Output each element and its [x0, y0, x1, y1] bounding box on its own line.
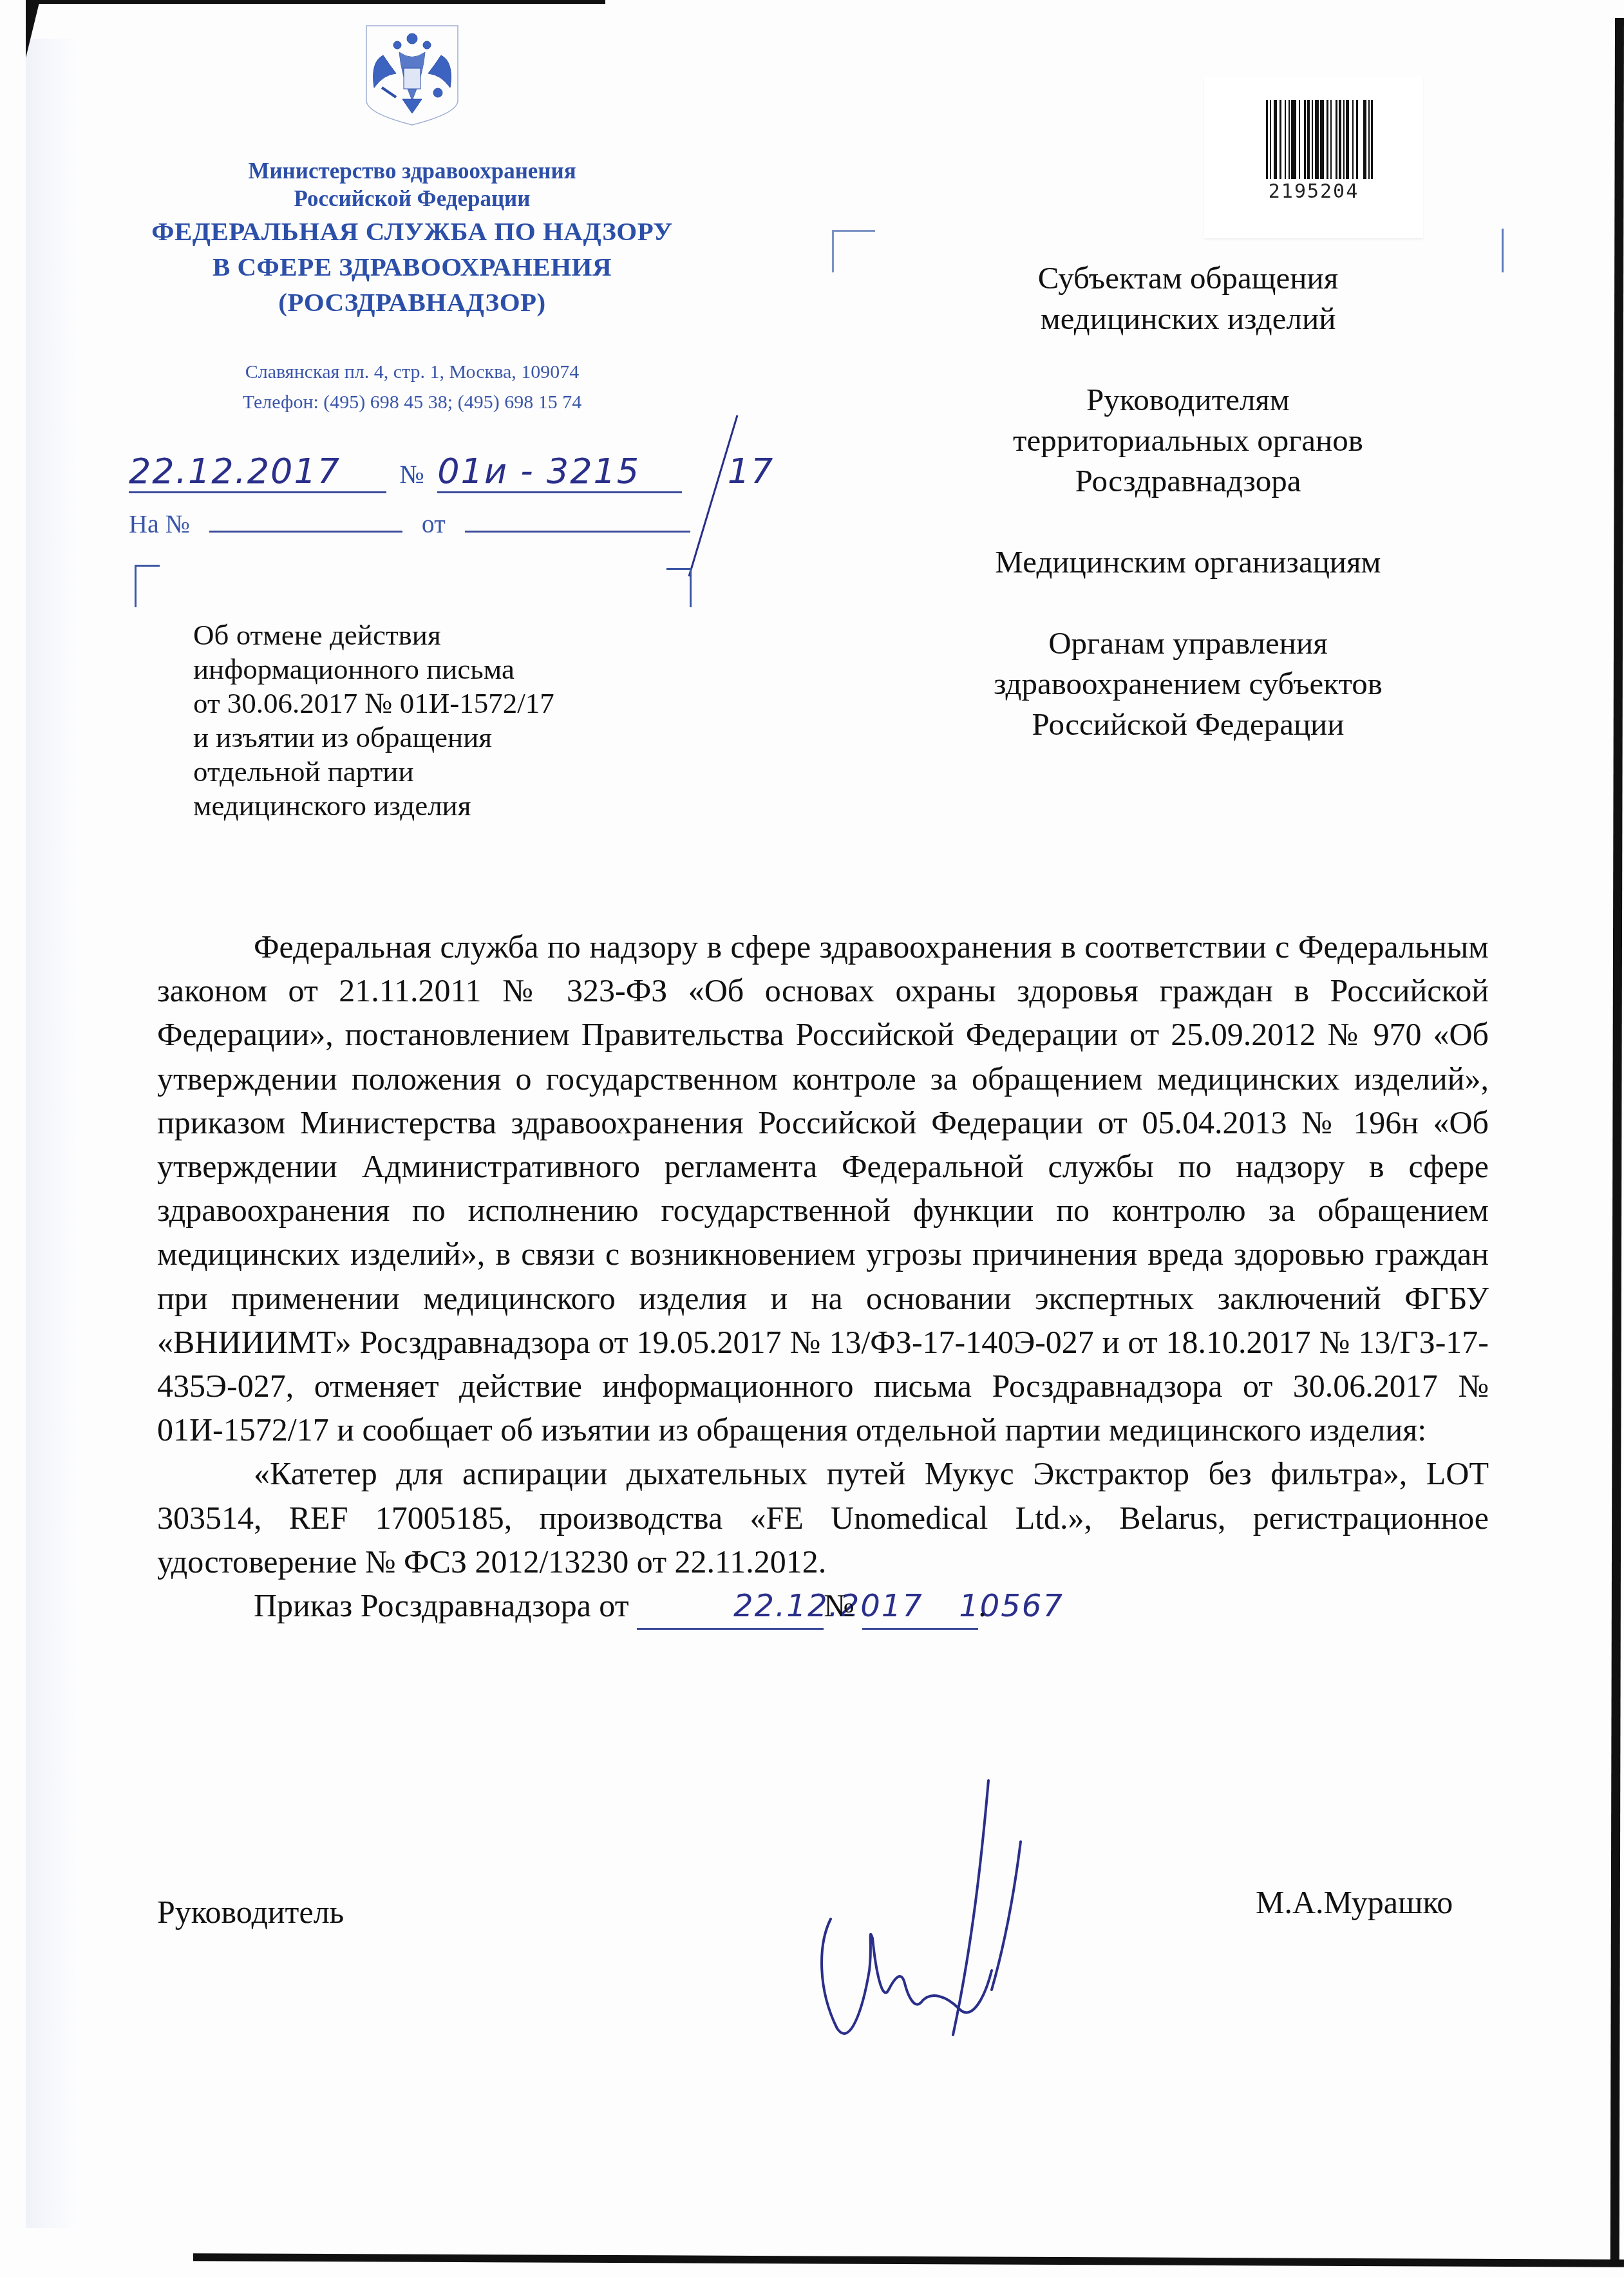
addressee-territorial-heads: Руководителям территориальных органов Ро…: [927, 379, 1449, 501]
body-paragraph-main: Федеральная служба по надзору в сфере зд…: [157, 925, 1489, 1451]
scan-edge-left: [26, 0, 40, 58]
number-sign: №: [400, 460, 424, 489]
scan-edge-bottom: [193, 2253, 1624, 2267]
subject-line: Об отмене действия: [193, 618, 657, 652]
subject-line: и изъятии из обращения: [193, 721, 657, 755]
addressee-line: Российской Федерации: [927, 704, 1449, 744]
service-name-line3: (РОСЗДРАВНАДЗОР): [103, 285, 721, 320]
addressee-line: Органам управления: [927, 623, 1449, 663]
barcode-bars: [1266, 100, 1373, 179]
addressee-health-authorities: Органам управления здравоохранением субъ…: [927, 623, 1449, 744]
addressee-medical-device-subjects: Субъектам обращения медицинских изделий: [927, 258, 1449, 339]
barcode: 2195204: [1204, 77, 1423, 238]
order-reference: Приказ Росздравнадзора от 22.12.2017№ 10…: [157, 1583, 1489, 1630]
addressee-line: территориальных органов: [927, 420, 1449, 460]
handwritten-signature-icon: [792, 1777, 1127, 2048]
russian-coat-of-arms-icon: [364, 23, 460, 126]
registration-date: 22.12.2017: [129, 451, 386, 493]
subject-line: медицинского изделия: [193, 789, 657, 823]
scan-edge-right: [1610, 18, 1624, 2265]
reply-number-field: [209, 524, 402, 533]
reply-date-field: [465, 524, 690, 533]
ministry-name-line1: Министерство здравоохранения: [155, 158, 670, 185]
addressee-medical-organizations: Медицинским организациям: [927, 542, 1449, 582]
registration-number: 01и - 3215: [437, 451, 682, 493]
reply-from-label: от: [422, 509, 446, 538]
signatory-name: М.А.Мурашко: [1256, 1884, 1453, 1921]
order-date: 22.12.2017: [637, 1584, 824, 1630]
order-number-sign: №: [824, 1587, 854, 1623]
addressee-bracket-right: [1500, 229, 1504, 272]
signatory-title: Руководитель: [157, 1893, 344, 1931]
ministry-name-line2: Российской Федерации: [155, 185, 670, 213]
addressee-line: медицинских изделий: [927, 298, 1449, 339]
scan-edge-top: [26, 0, 605, 4]
addressee-block: Субъектам обращения медицинских изделий …: [927, 258, 1449, 785]
subject-bracket-right: [666, 568, 692, 607]
addressee-line: Медицинским организациям: [927, 542, 1449, 582]
scan-shadow: [26, 39, 77, 2228]
subject-line: отдельной партии: [193, 755, 657, 789]
body-paragraph-device: «Катетер для аспирации дыхательных путей…: [157, 1451, 1489, 1583]
service-name-line1: ФЕДЕРАЛЬНАЯ СЛУЖБА ПО НАДЗОРУ: [103, 214, 721, 249]
addressee-line: Субъектам обращения: [927, 258, 1449, 298]
subject-bracket-left: [135, 565, 160, 607]
addressee-line: здравоохранением субъектов: [927, 663, 1449, 704]
subject-line: от 30.06.2017 № 01И-1572/17: [193, 686, 657, 721]
letter-subject: Об отмене действия информационного письм…: [193, 618, 657, 823]
addressee-line: Росздравнадзора: [927, 460, 1449, 501]
registration-slash: [683, 412, 741, 580]
reply-reference-line: На № от: [129, 509, 690, 539]
service-name-line2: В СФЕРЕ ЗДРАВООХРАНЕНИЯ: [103, 249, 721, 285]
addressee-line: Руководителям: [927, 379, 1449, 420]
letterhead-address: Славянская пл. 4, стр. 1, Москва, 109074: [155, 356, 670, 388]
letter-body: Федеральная служба по надзору в сфере зд…: [157, 925, 1489, 1630]
order-number: 10567: [862, 1584, 978, 1630]
reply-number-label: На №: [129, 509, 190, 538]
order-prefix: Приказ Росздравнадзора от: [254, 1587, 629, 1623]
subject-line: информационного письма: [193, 652, 657, 686]
letterhead-phone: Телефон: (495) 698 45 38; (495) 698 15 7…: [155, 386, 670, 419]
barcode-number: 2195204: [1204, 180, 1423, 203]
order-suffix: .: [978, 1587, 987, 1623]
addressee-bracket-left: [832, 230, 875, 272]
